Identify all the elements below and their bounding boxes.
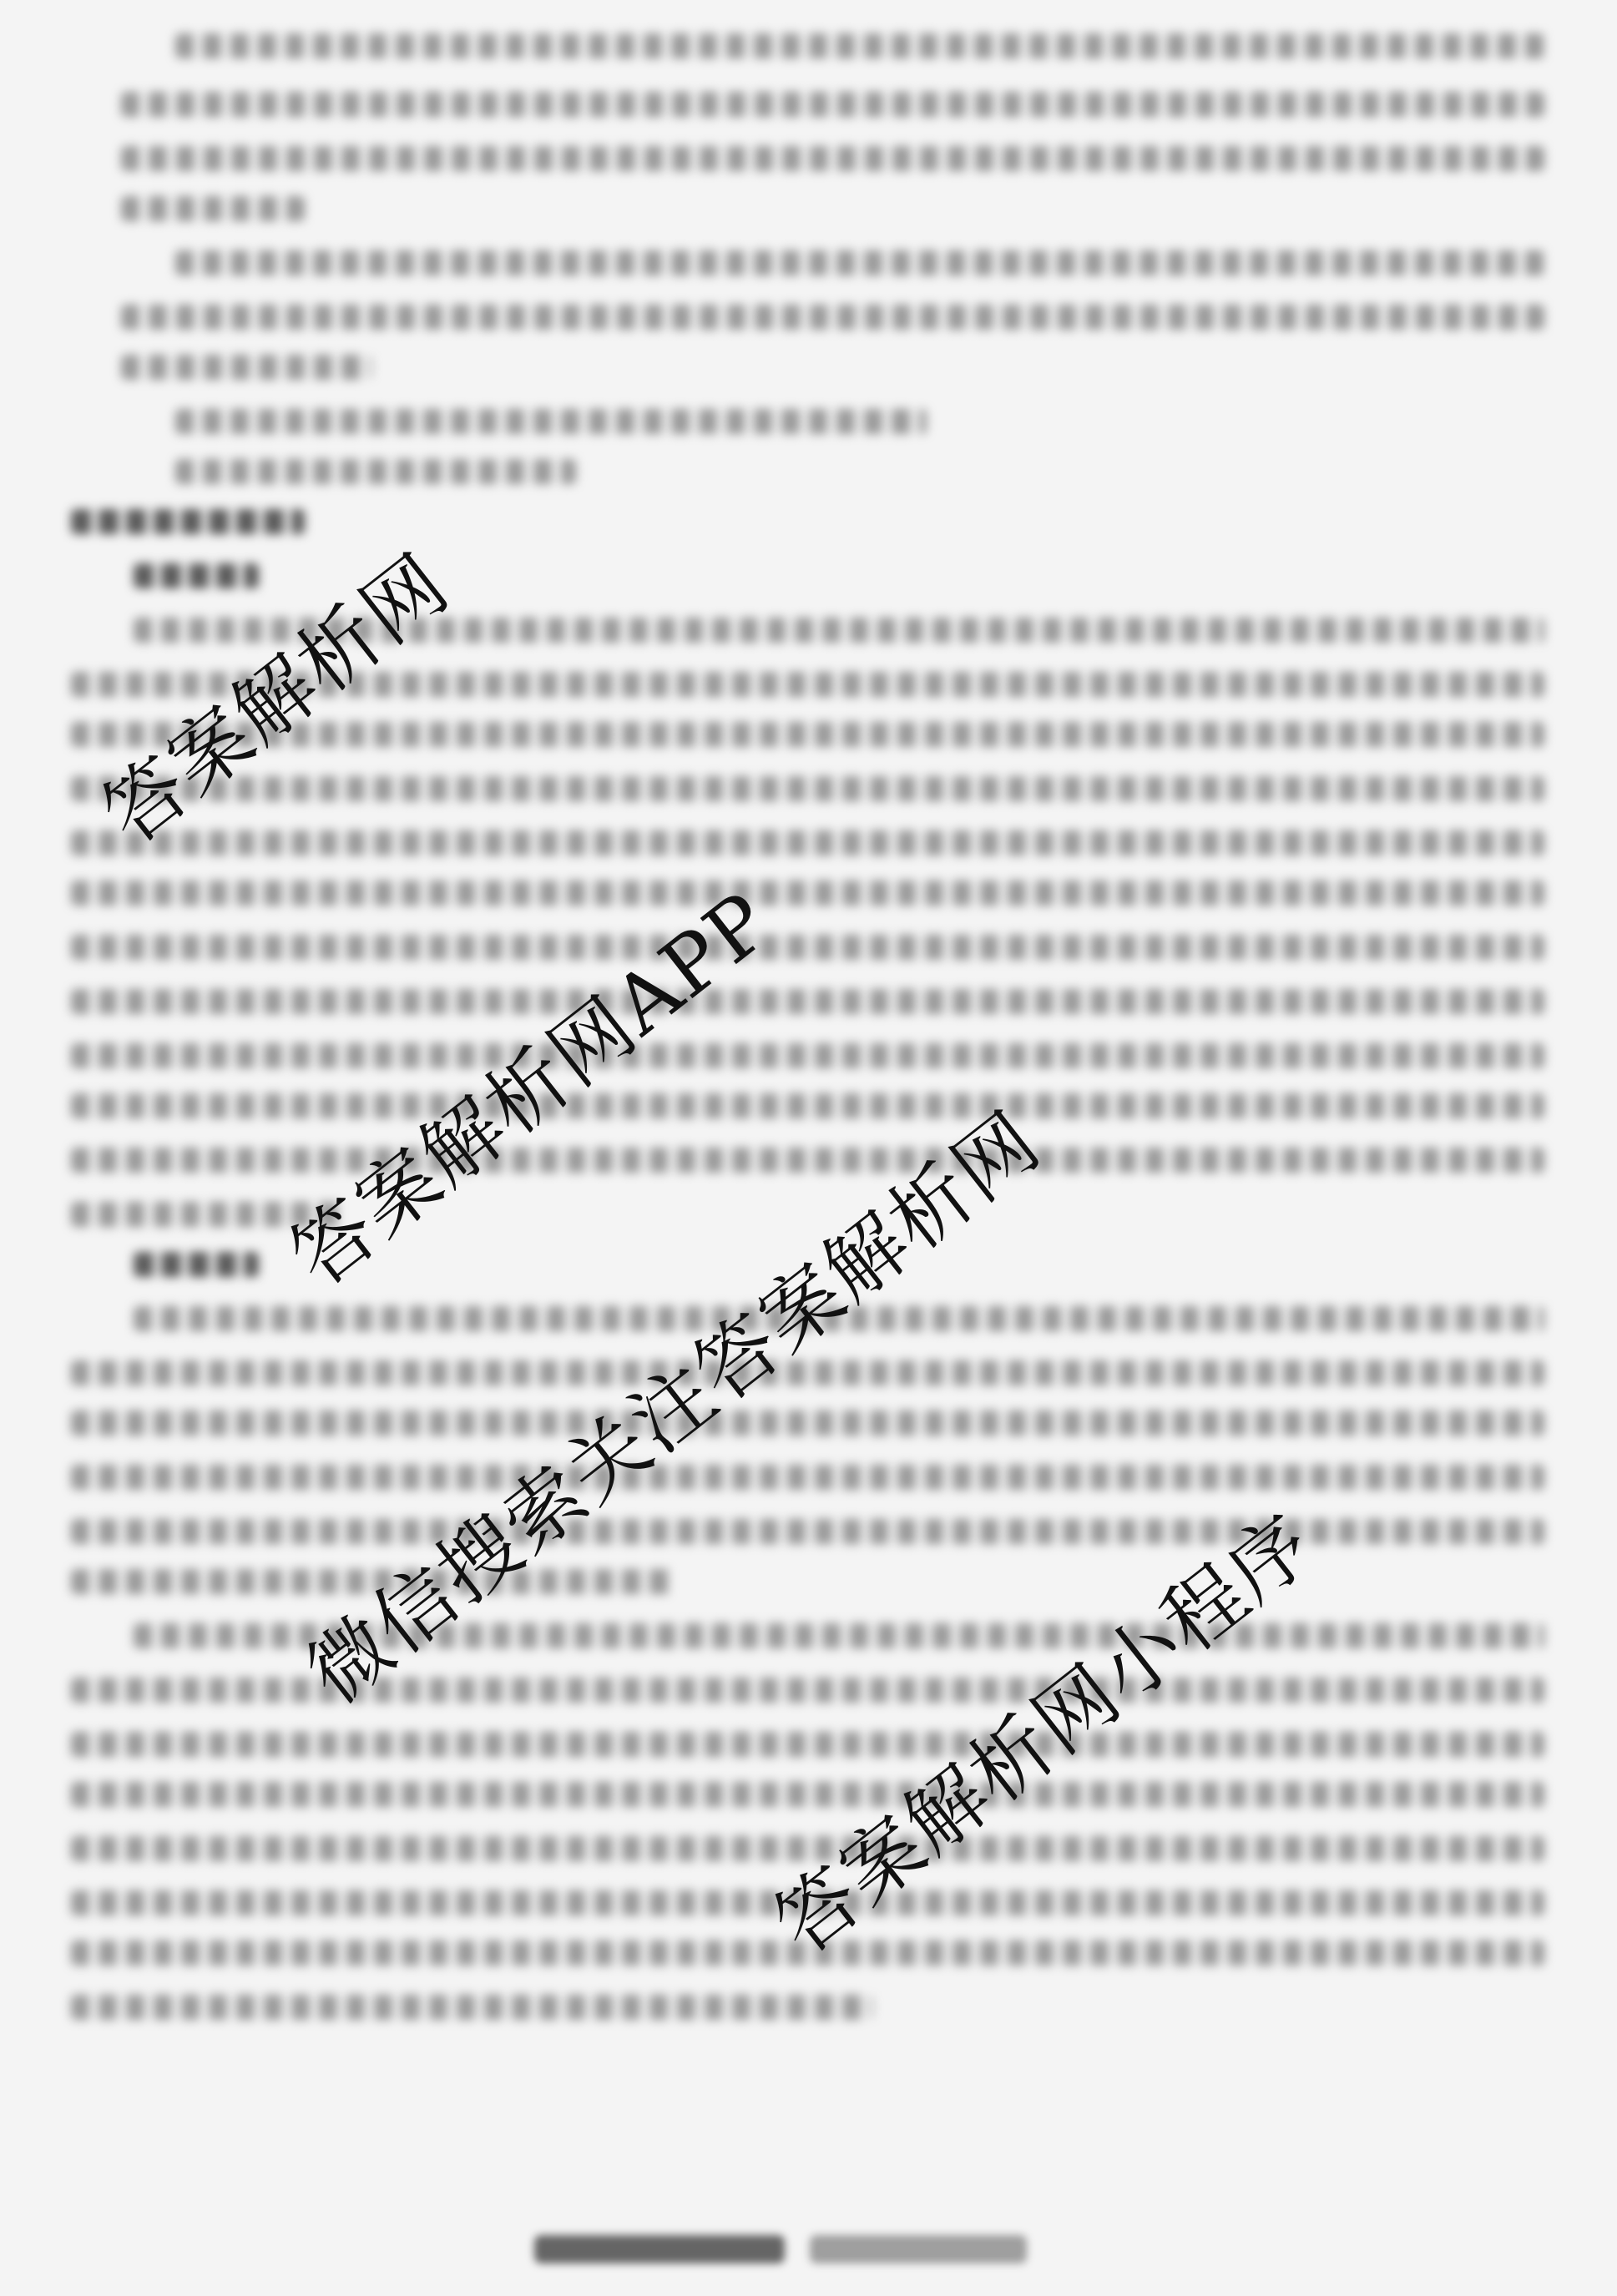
blurred-text-line: [121, 305, 1544, 330]
blurred-text-line: [71, 1410, 1544, 1436]
blurred-text-line: [134, 563, 259, 588]
footer-page-number-blurred: [810, 2235, 1027, 2263]
blurred-text-line: [134, 1252, 259, 1277]
blurred-text-line: [71, 1678, 1544, 1703]
blurred-text-line: [71, 1782, 1544, 1807]
blurred-text-line: [121, 196, 305, 221]
blurred-text-line: [71, 509, 305, 534]
footer-title-blurred: [534, 2235, 785, 2263]
blurred-text-line: [71, 776, 1544, 801]
blurred-text-line: [71, 1995, 872, 2020]
blurred-text-line: [71, 1043, 1544, 1068]
blurred-text-line: [71, 935, 1544, 960]
blurred-text-line: [175, 33, 1544, 58]
blurred-text-line: [71, 830, 1544, 855]
blurred-text-line: [71, 881, 1544, 906]
blurred-text-line: [71, 1465, 1544, 1490]
blurred-text-line: [71, 989, 1544, 1014]
blurred-text-line: [121, 92, 1544, 117]
blurred-text-line: [71, 1519, 1544, 1544]
page-footer: [534, 2233, 1027, 2266]
blurred-text-line: [71, 1148, 1544, 1173]
blurred-text-line: [121, 146, 1544, 171]
blurred-text-line: [71, 1732, 1544, 1757]
blurred-text-line: [175, 409, 927, 434]
blurred-text-line: [175, 250, 1544, 275]
blurred-text-line: [71, 1093, 1544, 1118]
blurred-text-line: [175, 459, 576, 484]
blurred-text-line: [121, 355, 371, 380]
